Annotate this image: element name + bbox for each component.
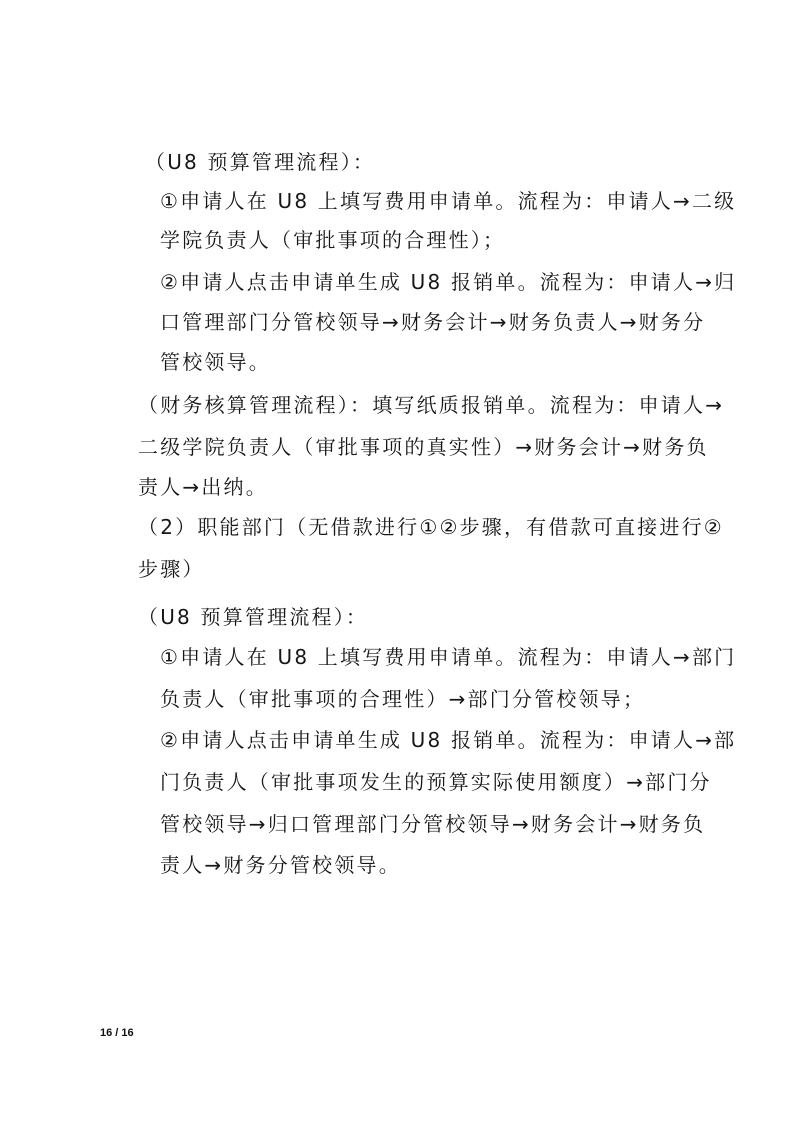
text-line: 责人→出纳。 xyxy=(138,475,268,499)
text-line: 学院负责人（审批事项的合理性）； xyxy=(160,228,505,252)
text-line: ①申请人在 U8 上填写费用申请单。流程为：申请人→部门 xyxy=(160,645,736,669)
text-line: （U8 预算管理流程）： xyxy=(138,605,368,629)
text-line: （财务核算管理流程）：填写纸质报销单。流程为：申请人→ xyxy=(138,393,724,417)
text-line: 责人→财务分管校领导。 xyxy=(160,853,401,877)
text-line: 管校领导。 xyxy=(160,350,271,374)
text-line: ②申请人点击申请单生成 U8 报销单。流程为：申请人→归 xyxy=(160,270,736,294)
text-line: 二级学院负责人（审批事项的真实性）→财务会计→财务负 xyxy=(138,435,709,459)
text-line: （U8 预算管理流程）： xyxy=(145,150,375,174)
text-line: ①申请人在 U8 上填写费用申请单。流程为：申请人→二级 xyxy=(160,189,736,213)
text-line: ②申请人点击申请单生成 U8 报销单。流程为：申请人→部 xyxy=(160,728,736,752)
text-line: 步骤） xyxy=(138,557,205,581)
text-line: 负责人（审批事项的合理性）→部门分管校领导； xyxy=(160,687,645,711)
text-line: 管校领导→归口管理部门分管校领导→财务会计→财务负 xyxy=(160,812,705,836)
text-line: （2）职能部门（无借款进行①②步骤，有借款可直接进行② xyxy=(138,515,724,539)
text-line: 口管理部门分管校领导→财务会计→财务负责人→财务分 xyxy=(160,310,705,334)
page-number: 16 / 16 xyxy=(100,1027,134,1039)
text-line: 门负责人（审批事项发生的预算实际使用额度）→部门分 xyxy=(160,770,712,794)
document-page: （U8 预算管理流程）： ①申请人在 U8 上填写费用申请单。流程为：申请人→二… xyxy=(0,0,793,1122)
